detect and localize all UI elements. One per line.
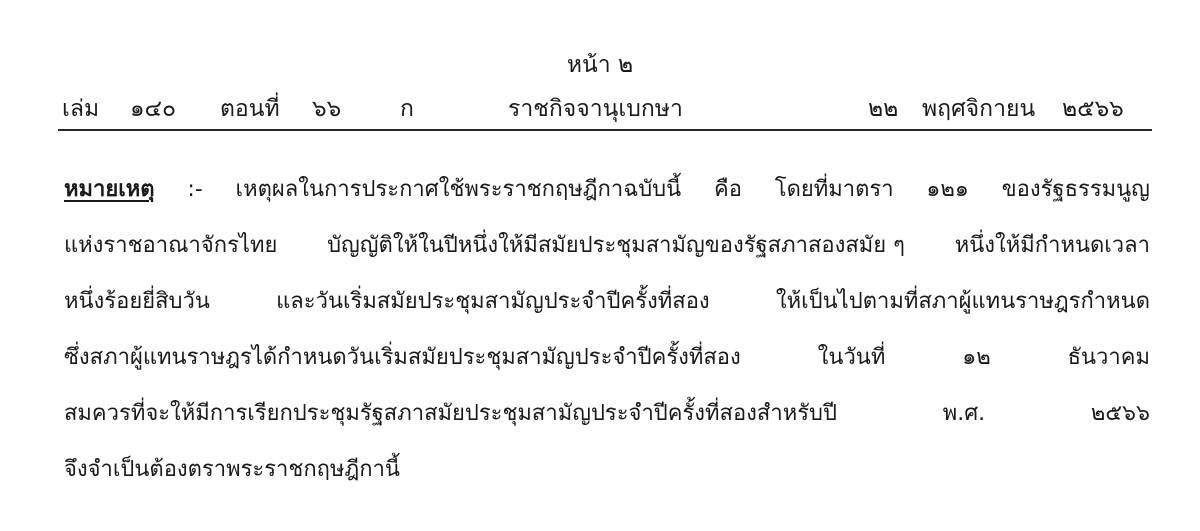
note-text: โดยที่มาตรา [775,170,894,226]
volume-label: เล่ม [62,93,99,125]
note-line: หนึ่งร้อยยี่สิบวัน และวันเริ่มสมัยประชุม… [64,282,1150,338]
note-text: ธันวาคม [1068,338,1150,394]
note-text: สมควรที่จะให้มีการเรียกประชุมรัฐสภาสมัยป… [64,394,837,450]
note-text: คือ [714,170,742,226]
note-text: และวันเริ่มสมัยประชุมสามัญประจำปีครั้งที… [276,282,710,338]
note-text: ของรัฐธรรมนูญ [1002,170,1150,226]
note-body: หมายเหตุ :- เหตุผลในการประกาศใช้พระราชกฤ… [64,170,1150,506]
note-text: หนึ่งร้อยยี่สิบวัน [64,282,210,338]
note-text: พ.ศ. [943,394,985,450]
gazette-name: ราชกิจจานุเบกษา [508,93,683,125]
note-text: ๑๒ [962,338,990,394]
note-line: สมควรที่จะให้มีการเรียกประชุมรัฐสภาสมัยป… [64,394,1150,450]
part-label: ก [400,93,414,125]
page-number: หน้า ๒ [0,50,1200,80]
note-text: บัญญัติให้ในปีหนึ่งให้มีสมัยประชุมสามัญข… [327,226,905,282]
note-separator: :- [187,170,202,226]
note-text: ในวันที่ [818,338,886,394]
note-text: ซึ่งสภาผู้แทนราษฎรได้กำหนดวันเริ่มสมัยปร… [64,338,741,394]
gazette-header: เล่ม ๑๔๐ ตอนที่ ๖๖ ก ราชกิจจานุเบกษา ๒๒ … [62,93,1150,127]
note-line: ซึ่งสภาผู้แทนราษฎรได้กำหนดวันเริ่มสมัยปร… [64,338,1150,394]
note-line: แห่งราชอาณาจักรไทย บัญญัติให้ในปีหนึ่งให… [64,226,1150,282]
note-text: แห่งราชอาณาจักรไทย [64,226,277,282]
header-divider [58,129,1152,131]
note-text: ให้เป็นไปตามที่สภาผู้แทนราษฎรกำหนด [776,282,1150,338]
date-year: ๒๕๖๖ [1062,93,1124,125]
note-text: เหตุผลในการประกาศใช้พระราชกฤษฎีกาฉบับนี้ [236,170,682,226]
section-label: ตอนที่ [220,93,280,125]
note-text: ๑๒๑ [926,170,968,226]
note-line: จึงจำเป็นต้องตราพระราชกฤษฎีกานี้ [64,450,1150,506]
note-text: หนึ่งให้มีกำหนดเวลา [955,226,1150,282]
note-text: จึงจำเป็นต้องตราพระราชกฤษฎีกานี้ [64,450,400,506]
date-month: พฤศจิกายน [922,93,1035,125]
section-number: ๖๖ [312,93,341,125]
note-label: หมายเหตุ [64,170,155,226]
date-day: ๒๒ [868,93,898,125]
note-text: ๒๕๖๖ [1091,394,1150,450]
volume-number: ๑๔๐ [130,93,176,125]
note-line: หมายเหตุ :- เหตุผลในการประกาศใช้พระราชกฤ… [64,170,1150,226]
